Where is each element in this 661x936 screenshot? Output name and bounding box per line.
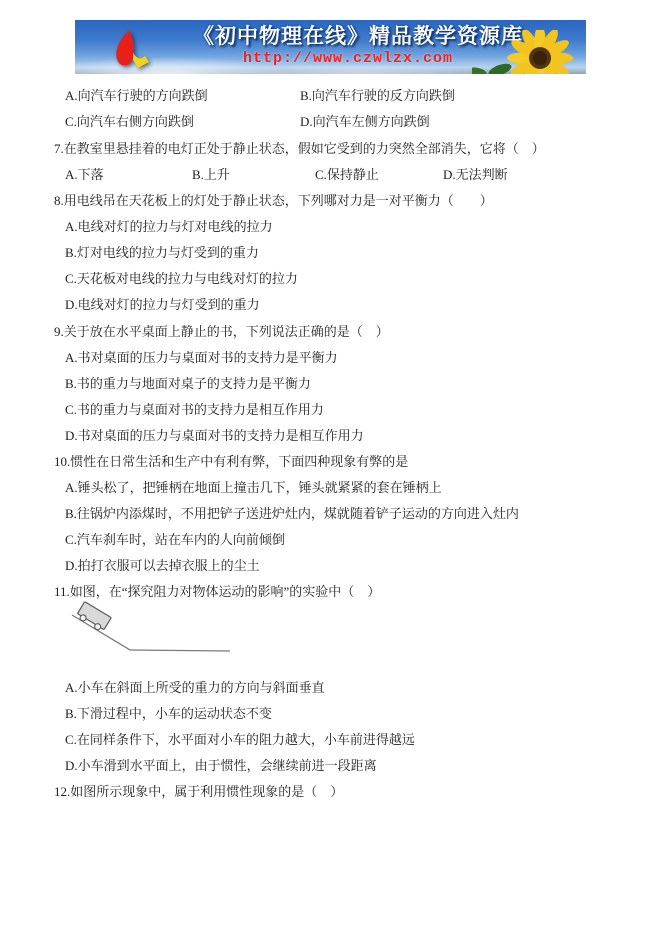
option-text: D.小车滑到水平面上，由于惯性，会继续前进一段距离 — [65, 755, 377, 775]
worksheet-page: 《初中物理在线》精品教学资源库 http://www.czwlzx.com — [0, 0, 661, 936]
question-stem: 7.在教室里悬挂着的电灯正处于静止状态，假如它受到的力突然全部消失，它将（ ） — [54, 138, 545, 158]
option-row: A.向汽车行驶的方向跌倒B.向汽车行驶的反方向跌倒 — [0, 85, 661, 105]
option-text: B.书的重力与地面对桌子的支持力是平衡力 — [65, 373, 311, 393]
option-row: C.向汽车右侧方向跌倒D.向汽车左侧方向跌倒 — [0, 111, 661, 131]
option-text: A.书对桌面的压力与桌面对书的支持力是平衡力 — [65, 347, 338, 367]
document-body: A.向汽车行驶的方向跌倒B.向汽车行驶的反方向跌倒C.向汽车右侧方向跌倒D.向汽… — [0, 0, 661, 936]
option-text: B.向汽车行驶的反方向跌倒 — [300, 85, 455, 104]
option-text: A.向汽车行驶的方向跌倒 — [65, 85, 208, 104]
option-text: B.往锅炉内添煤时，不用把铲子送进炉灶内，煤就随着铲子运动的方向进入灶内 — [65, 503, 519, 523]
option-text: C.保持静止 — [315, 164, 379, 183]
option-row: A.下落B.上升C.保持静止D.无法判断 — [0, 164, 661, 184]
question-stem: 9.关于放在水平桌面上静止的书，下列说法正确的是（ ） — [54, 321, 389, 341]
cart-on-incline-figure — [58, 596, 238, 660]
option-text: C.书的重力与桌面对书的支持力是相互作用力 — [65, 399, 324, 419]
option-text: A.小车在斜面上所受的重力的方向与斜面垂直 — [65, 677, 325, 697]
option-text: C.在同样条件下，水平面对小车的阻力越大，小车前进得越远 — [65, 729, 415, 749]
question-stem: 12.如图所示现象中，属于利用惯性现象的是（ ） — [54, 781, 343, 801]
option-text: D.向汽车左侧方向跌倒 — [300, 111, 430, 130]
option-text: C.汽车刹车时，站在车内的人向前倾倒 — [65, 529, 285, 549]
question-stem: 10.惯性在日常生活和生产中有利有弊，下面四种现象有弊的是 — [54, 451, 408, 471]
option-text: B.灯对电线的拉力与灯受到的重力 — [65, 242, 259, 262]
option-text: D.书对桌面的压力与桌面对书的支持力是相互作用力 — [65, 425, 364, 445]
option-text: D.拍打衣服可以去掉衣服上的尘土 — [65, 555, 260, 575]
option-text: D.无法判断 — [443, 164, 508, 183]
option-text: C.天花板对电线的拉力与电线对灯的拉力 — [65, 268, 298, 288]
option-text: A.锤头松了，把锤柄在地面上撞击几下，锤头就紧紧的套在锤柄上 — [65, 477, 442, 497]
option-text: C.向汽车右侧方向跌倒 — [65, 111, 194, 130]
option-text: A.电线对灯的拉力与灯对电线的拉力 — [65, 216, 273, 236]
option-text: B.上升 — [192, 164, 230, 183]
option-text: A.下落 — [65, 164, 104, 183]
option-text: D.电线对灯的拉力与灯受到的重力 — [65, 294, 260, 314]
question-stem: 8.用电线吊在天花板上的灯处于静止状态，下列哪对力是一对平衡力（ ） — [54, 190, 493, 210]
option-text: B.下滑过程中，小车的运动状态不变 — [65, 703, 272, 723]
